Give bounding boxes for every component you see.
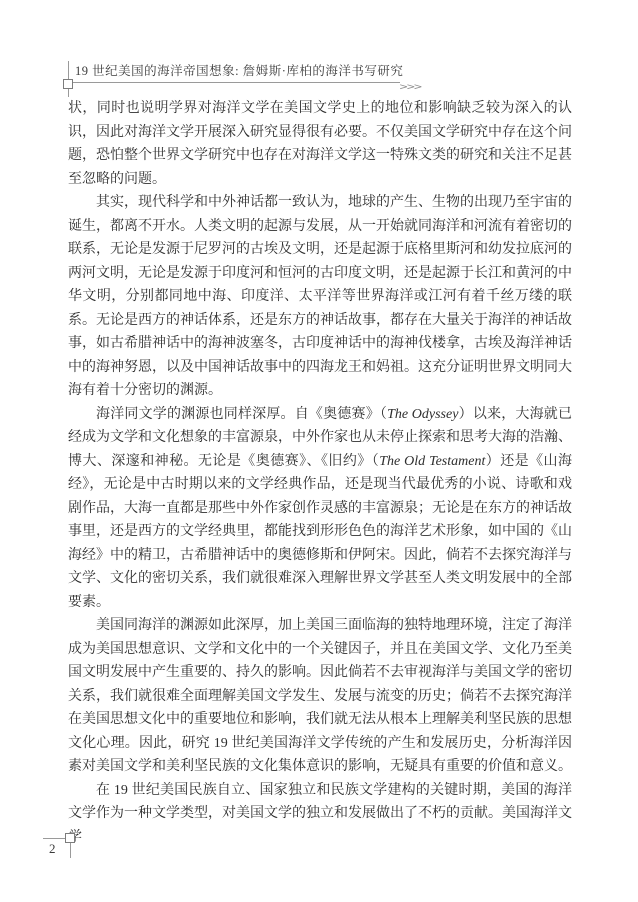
running-header-title: 19 世纪美国的海洋帝国想象: 詹姆斯·库柏的海洋书写研究 <box>75 61 403 79</box>
text-run: 美国同海洋的渊源如此深厚，加上美国三面临海的独特地理环境，注定了海洋成为美国思想… <box>68 618 572 774</box>
book-page: 19 世纪美国的海洋帝国想象: 詹姆斯·库柏的海洋书写研究 >>> 状，同时也说… <box>0 0 638 902</box>
page-number: 2 <box>49 841 56 857</box>
paragraph: 其实，现代科学和中外神话都一致认为，地球的产生、生物的出现乃至宇宙的诞生，都离不… <box>68 191 572 403</box>
paragraph: 在 19 世纪美国民族自立、国家独立和民族文学建构的关键时期，美国的海洋文学作为… <box>68 779 572 850</box>
paragraph: 状，同时也说明学界对海洋文学在美国文学史上的地位和影响缺乏较为深入的认识，因此对… <box>68 97 572 191</box>
chevrons-icon: >>> <box>399 81 421 91</box>
text-run: 状，同时也说明学界对海洋文学在美国文学史上的地位和影响缺乏较为深入的认识，因此对… <box>68 101 572 187</box>
footer-square-ornament <box>65 833 75 843</box>
paragraph: 美国同海洋的渊源如此深厚，加上美国三面临海的独特地理环境，注定了海洋成为美国思想… <box>68 614 572 779</box>
header-rule <box>68 82 400 83</box>
text-run: ）还是《山海经》，无论是中古时期以来的文学经典作品，还是现当代最优秀的小说、诗歌… <box>68 454 572 610</box>
text-run: 海洋同文学的渊源也同样深厚。自《奥德赛》（ <box>96 407 387 422</box>
body-text: 状，同时也说明学界对海洋文学在美国文学史上的地位和影响缺乏较为深入的认识，因此对… <box>68 97 572 849</box>
italic-work-title: The Old Testament <box>379 454 485 469</box>
italic-work-title: The Odyssey <box>387 407 458 422</box>
text-run: 其实，现代科学和中外神话都一致认为，地球的产生、生物的出现乃至宇宙的诞生，都离不… <box>68 195 572 398</box>
text-run: 在 19 世纪美国民族自立、国家独立和民族文学建构的关键时期，美国的海洋文学作为… <box>68 783 572 845</box>
header-square-ornament <box>63 79 73 89</box>
paragraph: 海洋同文学的渊源也同样深厚。自《奥德赛》（The Odyssey）以来，大海就已… <box>68 403 572 615</box>
